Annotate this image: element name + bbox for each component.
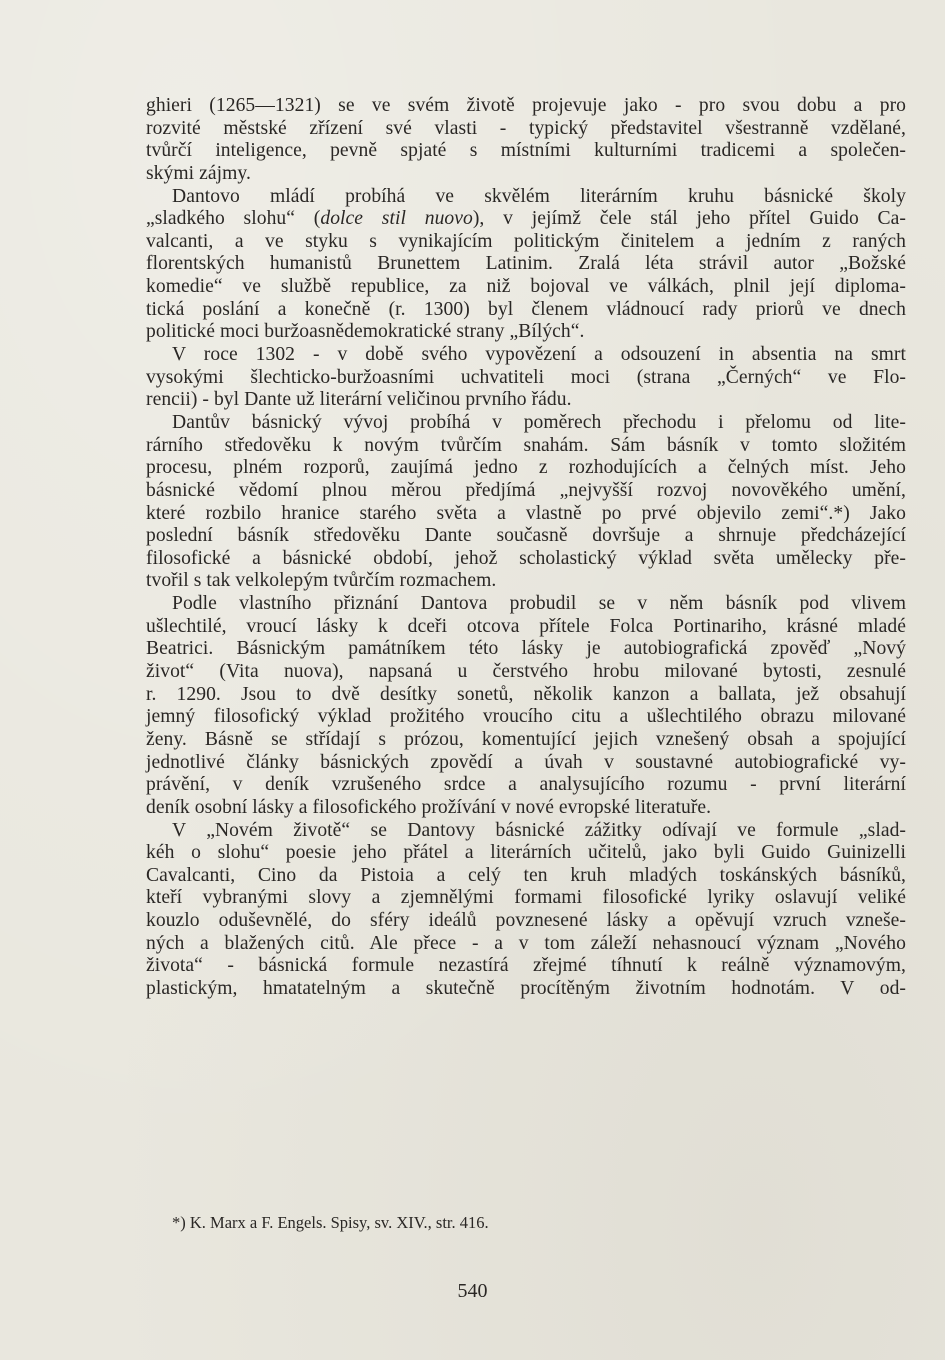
text-line: skými zájmy. <box>146 163 906 186</box>
text-line: právění, v deník vzrušeného srdce a anal… <box>146 774 906 797</box>
text-line: Cavalcanti, Cino da Pistoia a celý ten k… <box>146 865 906 888</box>
text-line: vysokými šlechticko-buržoasními uchvatit… <box>146 367 906 390</box>
text-line-with-italic: „sladkého slohu“ (dolce stil nuovo), v j… <box>146 208 906 231</box>
text-line: rencii) - byl Dante už literární veličin… <box>146 389 906 412</box>
text-line: filosofické a básnické období, jehož sch… <box>146 548 906 571</box>
text-line: florentských humanistů Brunettem Latinim… <box>146 253 906 276</box>
text-line: tická poslání a konečně (r. 1300) byl čl… <box>146 299 906 322</box>
text-line: komedie“ ve službě republice, za niž boj… <box>146 276 906 299</box>
text-line: básnické vědomí plnou měrou předjímá „ne… <box>146 480 906 503</box>
paragraph: Dantův básnický vývoj probíhá v poměrech… <box>146 412 906 593</box>
text-line: rozvité městské zřízení své vlasti - typ… <box>146 118 906 141</box>
text-line: politické moci buržoasnědemokratické str… <box>146 321 906 344</box>
text-line: tvůrčí inteligence, pevně spjaté s místn… <box>146 140 906 163</box>
text-line: jednotlivé články básnických zpovědí a ú… <box>146 752 906 775</box>
text-line: rárního středověku k novým tvůrčím snahá… <box>146 435 906 458</box>
text-line: života“ - básnická formule nezastírá zře… <box>146 955 906 978</box>
text-line: ušlechtilé, vroucí lásky k dceři otcova … <box>146 616 906 639</box>
text-line: Dantovo mládí probíhá ve skvělém literár… <box>146 186 906 209</box>
text-line: procesu, plném rozporů, zaujímá jedno z … <box>146 457 906 480</box>
paragraph: V „Novém životě“ se Dantovy básnické záž… <box>146 820 906 1001</box>
text-line: Podle vlastního přiznání Dantova probudi… <box>146 593 906 616</box>
text-line: kéh o slohu“ poesie jeho přátel a literá… <box>146 842 906 865</box>
text-line: kouzlo oduševnělé, do sféry ideálů povzn… <box>146 910 906 933</box>
text-line: ghieri (1265—1321) se ve svém životě pro… <box>146 95 906 118</box>
paragraph: Dantovo mládí probíhá ve skvělém literár… <box>146 186 906 344</box>
text-line: poslední básník středověku Dante současn… <box>146 525 906 548</box>
paragraph: Podle vlastního přiznání Dantova probudi… <box>146 593 906 819</box>
text-line: plastickým, hmatatelným a skutečně procí… <box>146 978 906 1001</box>
text-line: deník osobní lásky a filosofického proží… <box>146 797 906 820</box>
page-number: 540 <box>0 1280 945 1303</box>
text-line: ných a blažených citů. Ale přece - a v t… <box>146 933 906 956</box>
text-line: kteří vybranými slovy a zjemnělými forma… <box>146 887 906 910</box>
text-line: V roce 1302 - v době svého vypovězení a … <box>146 344 906 367</box>
text-line: jemný filosofický výklad prožitého vrouc… <box>146 706 906 729</box>
italic-phrase: dolce stil nuovo <box>320 208 473 229</box>
footnote: *) K. Marx a F. Engels. Spisy, sv. XIV.,… <box>172 1213 489 1233</box>
paragraph: V roce 1302 - v době svého vypovězení a … <box>146 344 906 412</box>
text-line: Dantův básnický vývoj probíhá v poměrech… <box>146 412 906 435</box>
page-body: ghieri (1265—1321) se ve svém životě pro… <box>146 95 906 1001</box>
text-line: život“ (Vita nuova), napsaná u čerstvého… <box>146 661 906 684</box>
text-line: r. 1290. Jsou to dvě desítky sonetů, něk… <box>146 684 906 707</box>
text-line: V „Novém životě“ se Dantovy básnické záž… <box>146 820 906 843</box>
paragraph: ghieri (1265—1321) se ve svém životě pro… <box>146 95 906 186</box>
text-line: ženy. Básně se střídají s prózou, koment… <box>146 729 906 752</box>
text-line: valcanti, a ve styku s vynikajícím polit… <box>146 231 906 254</box>
text-line: tvořil s tak velkolepým tvůrčím rozmache… <box>146 570 906 593</box>
text-line: které rozbilo hranice starého světa a vl… <box>146 503 906 526</box>
text-line: Beatrici. Básnickým památníkem této lásk… <box>146 638 906 661</box>
